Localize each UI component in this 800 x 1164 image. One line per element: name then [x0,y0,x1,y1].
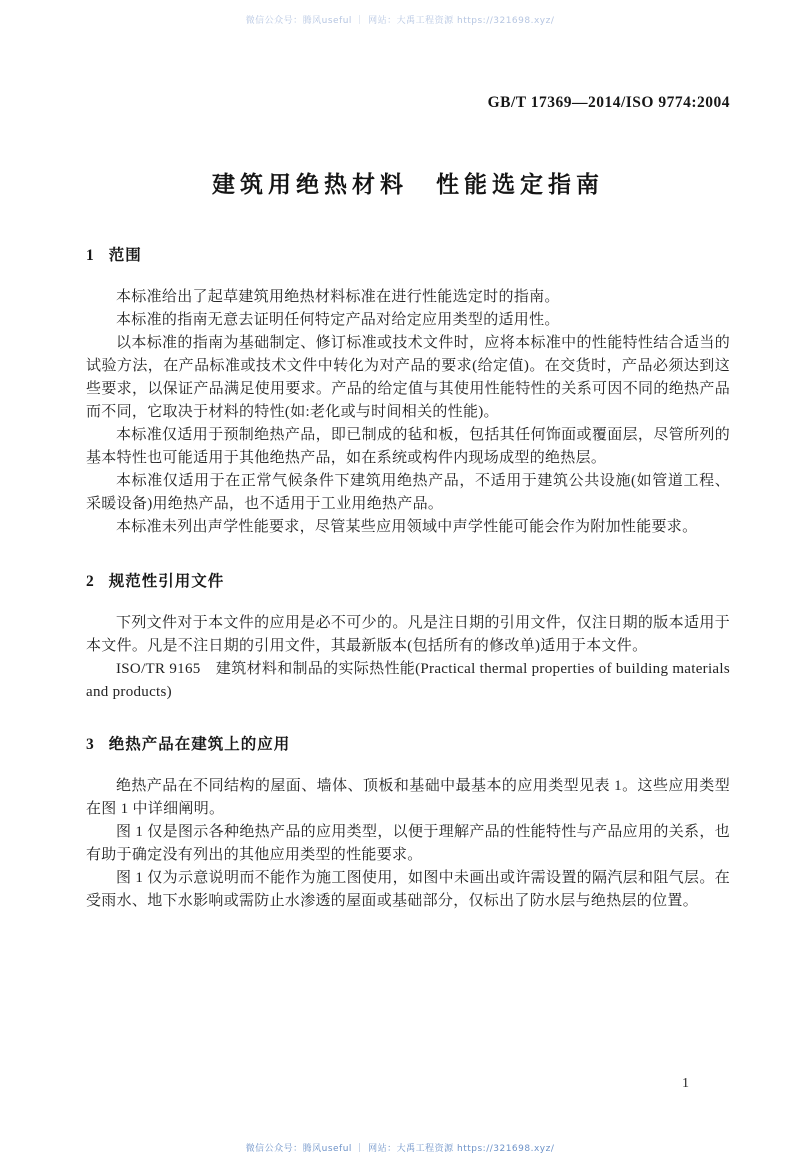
paragraph: 本标准给出了起草建筑用绝热材料标准在进行性能选定时的指南。 [86,286,730,309]
paragraph: 以本标准的指南为基础制定、修订标准或技术文件时，应将本标准中的性能特性结合适当的… [86,332,730,424]
section-heading-scope: 1范围 [86,243,730,265]
section-number: 2 [86,573,95,591]
paragraph: 绝热产品在不同结构的屋面、墙体、顶板和基础中最基本的应用类型见表 1。这些应用类… [86,775,730,821]
section-title: 范围 [109,247,142,264]
document-page: 微信公众号：腾风useful ｜ 网站：大禹工程资源 https://32169… [0,0,800,1164]
normative-reference-entry: ISO/TR 9165 建筑材料和制品的实际热性能(Practical ther… [86,658,730,704]
watermark-bottom: 微信公众号：腾风useful ｜ 网站：大禹工程资源 https://32169… [0,1141,800,1154]
paragraph: 本标准仅适用于预制绝热产品，即已制成的毡和板，包括其任何饰面或覆面层，尽管所列的… [86,424,730,470]
standard-code: GB/T 17369—2014/ISO 9774:2004 [86,94,730,112]
paragraph: 图 1 仅为示意说明而不能作为施工图使用，如图中未画出或许需设置的隔汽层和阻气层… [86,867,730,913]
section-number: 3 [86,736,95,754]
paragraph: 本标准仅适用于在正常气候条件下建筑用绝热产品，不适用于建筑公共设施(如管道工程、… [86,470,730,516]
paragraph: 图 1 仅是图示各种绝热产品的应用类型，以便于理解产品的性能特性与产品应用的关系… [86,821,730,867]
page-content: GB/T 17369—2014/ISO 9774:2004 建筑用绝热材料 性能… [86,0,730,913]
paragraph: 本标准未列出声学性能要求，尽管某些应用领域中声学性能可能会作为附加性能要求。 [86,516,730,539]
section-body-applications: 绝热产品在不同结构的屋面、墙体、顶板和基础中最基本的应用类型见表 1。这些应用类… [86,775,730,913]
paragraph: 本标准的指南无意去证明任何特定产品对给定应用类型的适用性。 [86,309,730,332]
section-number: 1 [86,247,95,265]
section-title: 规范性引用文件 [109,573,225,590]
page-number: 1 [682,1076,689,1092]
section-heading-normative-references: 2规范性引用文件 [86,569,730,591]
document-title: 建筑用绝热材料 性能选定指南 [86,166,730,199]
section-title: 绝热产品在建筑上的应用 [109,736,291,753]
section-heading-applications: 3绝热产品在建筑上的应用 [86,732,730,754]
section-body-normative-references: 下列文件对于本文件的应用是必不可少的。凡是注日期的引用文件，仅注日期的版本适用于… [86,612,730,704]
section-body-scope: 本标准给出了起草建筑用绝热材料标准在进行性能选定时的指南。 本标准的指南无意去证… [86,286,730,539]
paragraph: 下列文件对于本文件的应用是必不可少的。凡是注日期的引用文件，仅注日期的版本适用于… [86,612,730,658]
